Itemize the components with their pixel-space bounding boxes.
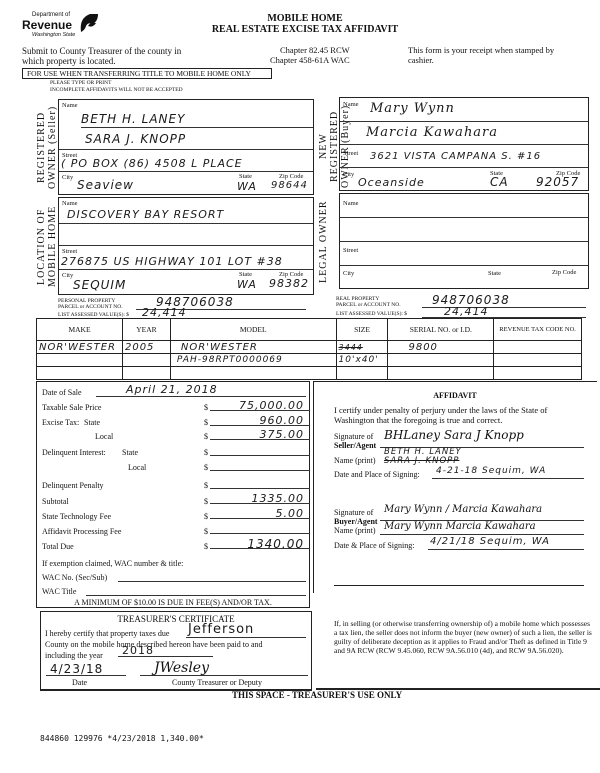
cell-year[interactable] xyxy=(122,354,170,367)
delinquent-state-field[interactable] xyxy=(210,444,310,456)
tech-fee-label: State Technology Fee xyxy=(42,512,111,521)
delinquent-state-label: State xyxy=(122,448,138,457)
buyer-signature-field[interactable]: Mary Wynn / Marcia Kawahara xyxy=(380,504,584,521)
total-due-field[interactable]: 1340.00 xyxy=(210,537,310,549)
table-row: PAH-98RPT0000069 10'x40' xyxy=(37,354,582,367)
seller-name-print-field[interactable]: BETH H. LANEY SARA J. KNOPP xyxy=(384,448,584,466)
legal-owner-street-field[interactable] xyxy=(340,242,588,266)
personal-property-parcel: PERSONAL PROPERTY PARCEL or ACCOUNT NO. … xyxy=(58,295,308,317)
subtotal-label: Subtotal xyxy=(42,497,69,506)
table-header-row: MAKE YEAR MODEL SIZE SERIAL NO. or I.D. … xyxy=(37,319,582,341)
seller-street-field[interactable]: ( PO BOX (86) 4508 L PLACE xyxy=(59,152,313,172)
cell-size[interactable]: 3444 xyxy=(336,341,388,354)
buyer-name1-field[interactable]: Mary Wynn xyxy=(340,98,588,122)
currency-symbol: $ xyxy=(204,527,208,536)
seller-state-label: State xyxy=(239,173,252,180)
date-of-sale-field[interactable]: April 21, 2018 xyxy=(96,383,306,397)
date-of-sale-label: Date of Sale xyxy=(42,388,82,397)
receipt-note: This form is your receipt when stamped b… xyxy=(408,45,578,65)
legal-owner-name-field[interactable] xyxy=(340,194,588,218)
buyer-zip-field[interactable]: 92057 xyxy=(536,175,579,189)
seller-sig-label-line2: Seller/Agent xyxy=(334,441,376,450)
seller-signature-field[interactable]: BHLaney Sara J Knopp xyxy=(380,428,584,448)
legal-owner-city-label: City xyxy=(343,270,354,277)
seller-sig-label-line1: Signature of xyxy=(334,432,376,441)
wac-no-field[interactable] xyxy=(118,572,306,582)
cell-tax-code[interactable] xyxy=(494,341,582,354)
header-tax-code: REVENUE TAX CODE NO. xyxy=(494,319,582,341)
seller-state-field[interactable]: WA xyxy=(237,180,257,193)
location-section: Name DISCOVERY BAY RESORT Street 276875 … xyxy=(58,197,314,295)
cell-make[interactable]: NOR'WESTER xyxy=(37,341,123,354)
mobile-home-table: MAKE YEAR MODEL SIZE SERIAL NO. or I.D. … xyxy=(36,318,582,380)
treasurer-line3: including the year xyxy=(45,651,103,660)
personal-parcel-label2: PARCEL or ACCOUNT NO. xyxy=(58,304,123,310)
header-size: SIZE xyxy=(336,319,388,341)
affidavit-fee-label: Affidavit Processing Fee xyxy=(42,527,121,536)
seller-name-label: Name xyxy=(62,102,78,109)
dor-swoosh-logo-icon xyxy=(78,12,100,34)
currency-symbol: $ xyxy=(204,403,208,412)
treasurer-year-field[interactable]: 2018 xyxy=(118,645,213,657)
buyer-date-place-label: Date & Place of Signing: xyxy=(334,541,414,550)
tech-fee-field[interactable]: 5.00 xyxy=(210,507,310,519)
buyer-date-place-field[interactable]: 4/21/18 Sequim, WA xyxy=(428,536,584,550)
cell-model[interactable]: PAH-98RPT0000069 xyxy=(170,354,336,367)
currency-symbol: $ xyxy=(204,448,208,457)
wac-no-label: WAC No. (Sec/Sub) xyxy=(42,573,107,582)
affidavit-title: AFFIDAVIT xyxy=(313,391,597,400)
location-state-field[interactable]: WA xyxy=(237,278,257,291)
excise-tax-label: Excise Tax: xyxy=(42,418,79,427)
currency-symbol: $ xyxy=(204,481,208,490)
seller-name1-field[interactable]: BETH H. LANEY xyxy=(81,106,313,128)
legal-owner-section: Name Street City State Zip Code xyxy=(339,193,589,289)
excise-state-label: State xyxy=(84,418,100,427)
real-assessed-label: LIST ASSESSED VALUE(S): $ xyxy=(336,311,407,317)
chapter-refs: Chapter 82.45 RCW Chapter 458-61A WAC xyxy=(270,45,350,65)
excise-state-field[interactable]: 960.00 xyxy=(210,414,310,426)
location-state-label: State xyxy=(239,271,252,278)
treasurer-date-field[interactable]: 4/23/18 xyxy=(46,662,126,676)
table-row: NOR'WESTER 2005 NOR'WESTER 3444 9800 xyxy=(37,341,582,354)
delinquent-local-label: Local xyxy=(128,463,146,472)
seller-name-print-label: Name (print) xyxy=(334,456,376,465)
seller-name2-field[interactable]: SARA J. KNOPP xyxy=(59,128,313,150)
currency-symbol: $ xyxy=(204,418,208,427)
affidavit-fee-field[interactable] xyxy=(210,522,310,534)
header-serial: SERIAL NO. or I.D. xyxy=(388,319,494,341)
excise-local-field[interactable]: 375.00 xyxy=(210,428,310,440)
buyer-name-print-label: Name (print) xyxy=(334,526,376,535)
buyer-street-field[interactable]: 3621 VISTA CAMPANA S. #16 xyxy=(340,145,588,168)
header-make: MAKE xyxy=(37,319,123,341)
real-property-parcel: REAL PROPERTY PARCEL or ACCOUNT NO. 9487… xyxy=(336,293,586,315)
excise-local-label: Local xyxy=(95,432,113,441)
seller-name-print-line2: SARA J. KNOPP xyxy=(384,457,584,466)
location-name-field[interactable]: DISCOVERY BAY RESORT xyxy=(59,204,313,224)
cell-model[interactable]: NOR'WESTER xyxy=(170,341,336,354)
real-parcel-label2: PARCEL or ACCOUNT NO. xyxy=(336,302,401,308)
legal-owner-name2-field[interactable] xyxy=(340,218,588,242)
currency-symbol: $ xyxy=(204,432,208,441)
seller-zip-field[interactable]: 98644 xyxy=(271,180,308,191)
taxable-price-label: Taxable Sale Price xyxy=(42,403,101,412)
tax-lien-notice: If, in selling (or otherwise transferrin… xyxy=(334,619,592,655)
location-city-label: City xyxy=(62,272,73,279)
delinquent-interest-label: Delinquent Interest: xyxy=(42,448,106,457)
seller-date-place-field[interactable]: 4-21-18 Sequim, WA xyxy=(432,466,584,479)
seller-city-label: City xyxy=(62,174,73,181)
exemption-label: If exemption claimed, WAC number & title… xyxy=(42,559,183,568)
currency-symbol: $ xyxy=(204,512,208,521)
delinquent-local-field[interactable] xyxy=(210,459,310,471)
cell-serial[interactable] xyxy=(388,354,494,367)
buyer-sig-label-line1: Signature of xyxy=(334,508,378,517)
minimum-fee-note: A MINIMUM OF $10.00 IS DUE IN FEE(S) AND… xyxy=(36,598,310,607)
buyer-city-field[interactable]: Oceanside xyxy=(358,176,425,189)
location-section-label: LOCATION OF MOBILE HOME xyxy=(36,198,60,295)
seller-section: Name BETH H. LANEY SARA J. KNOPP Street … xyxy=(58,99,314,195)
total-due-label: Total Due xyxy=(42,542,74,551)
cell-tax-code[interactable] xyxy=(494,354,582,367)
delinquent-penalty-label: Delinquent Penalty xyxy=(42,481,104,490)
cell-make[interactable] xyxy=(37,367,123,380)
form-title-line1: MOBILE HOME xyxy=(180,13,430,24)
real-assessed-field[interactable]: 24,414 xyxy=(422,306,586,318)
seller-date-place-label: Date and Place of Signing: xyxy=(334,470,420,479)
instruction-incomplete: INCOMPLETE AFFIDAVITS WILL NOT BE ACCEPT… xyxy=(50,87,183,93)
buyer-section: Name Mary Wynn Marcia Kawahara Street 36… xyxy=(339,97,589,191)
buyer-state-field[interactable]: CA xyxy=(490,175,509,189)
cell-serial[interactable] xyxy=(388,367,494,380)
cell-model[interactable] xyxy=(170,367,336,380)
transfer-banner: FOR USE WHEN TRANSFERRING TITLE TO MOBIL… xyxy=(22,68,272,79)
taxable-price-field[interactable]: 75,000.00 xyxy=(210,399,310,411)
affidavit-statement: I certify under penalty of perjury under… xyxy=(334,405,584,425)
header-year: YEAR xyxy=(122,319,170,341)
affidavit-divider xyxy=(334,585,584,586)
header-model: MODEL xyxy=(170,319,336,341)
buyer-name-print-field[interactable]: Mary Wynn Marcia Kawahara xyxy=(380,521,584,535)
seller-section-label: REGISTERED OWNER (Seller) xyxy=(36,100,60,195)
chapter-wac: Chapter 458-61A WAC xyxy=(270,55,350,65)
legal-owner-zip-label: Zip Code xyxy=(552,269,576,276)
submit-note: Submit to County Treasurer of the county… xyxy=(22,46,202,66)
delinquent-penalty-field[interactable] xyxy=(210,477,310,489)
cell-serial[interactable]: 9800 xyxy=(388,341,494,354)
treasurer-signer-label: County Treasurer or Deputy xyxy=(172,678,262,687)
buyer-name2-field[interactable]: Marcia Kawahara xyxy=(340,122,588,145)
cell-size[interactable] xyxy=(336,367,388,380)
legal-owner-state-label: State xyxy=(488,270,501,277)
wac-title-label: WAC Title xyxy=(42,587,76,596)
location-street-field[interactable]: 276875 US HIGHWAY 101 LOT #38 xyxy=(59,248,313,270)
chapter-rcw: Chapter 82.45 RCW xyxy=(270,45,350,55)
cell-size[interactable]: 10'x40' xyxy=(336,354,388,367)
cell-year[interactable]: 2005 xyxy=(122,341,170,354)
treasurer-date-label: Date xyxy=(72,678,87,687)
currency-symbol: $ xyxy=(204,542,208,551)
subtotal-field[interactable]: 1335.00 xyxy=(210,492,310,504)
seller-zip-label: Zip Code xyxy=(279,173,303,180)
treasurer-line1: I hereby certify that property taxes due xyxy=(45,629,169,638)
location-name2-field[interactable] xyxy=(59,224,313,246)
form-title: MOBILE HOME REAL ESTATE EXCISE TAX AFFID… xyxy=(180,13,430,35)
seller-city-field[interactable]: Seaview xyxy=(77,178,134,192)
treasurer-county-field[interactable]: Jefferson xyxy=(186,622,306,638)
cashier-receipt-stamp: 844860 129976 *4/23/2018 1,340.00* xyxy=(40,734,204,743)
currency-symbol: $ xyxy=(204,497,208,506)
buyer-city-label: City xyxy=(343,171,354,178)
form-title-line2: REAL ESTATE EXCISE TAX AFFIDAVIT xyxy=(180,24,430,35)
treasurer-signature-field[interactable]: JWesley xyxy=(140,660,308,676)
cell-tax-code[interactable] xyxy=(494,367,582,380)
seller-signature-label: Signature of Seller/Agent xyxy=(334,432,376,450)
treasurer-use-only-label: THIS SPACE - TREASURER'S USE ONLY xyxy=(232,690,402,700)
cell-year[interactable] xyxy=(122,367,170,380)
location-zip-field[interactable]: 98382 xyxy=(269,277,309,290)
cell-make[interactable] xyxy=(37,354,123,367)
currency-symbol: $ xyxy=(204,463,208,472)
logo-state-text: Washington State xyxy=(32,32,75,38)
buyer-sig-label-line2: Buyer/Agent xyxy=(334,517,378,526)
table-row xyxy=(37,367,582,380)
wac-title-field[interactable] xyxy=(86,586,306,596)
buyer-signature-label: Signature of Buyer/Agent xyxy=(334,508,378,526)
dor-logo: Department of Revenue Washington State xyxy=(22,12,102,42)
instruction-type-print: PLEASE TYPE OR PRINT xyxy=(50,80,111,86)
logo-revenue-text: Revenue xyxy=(22,18,72,32)
location-city-field[interactable]: SEQUIM xyxy=(73,278,126,292)
